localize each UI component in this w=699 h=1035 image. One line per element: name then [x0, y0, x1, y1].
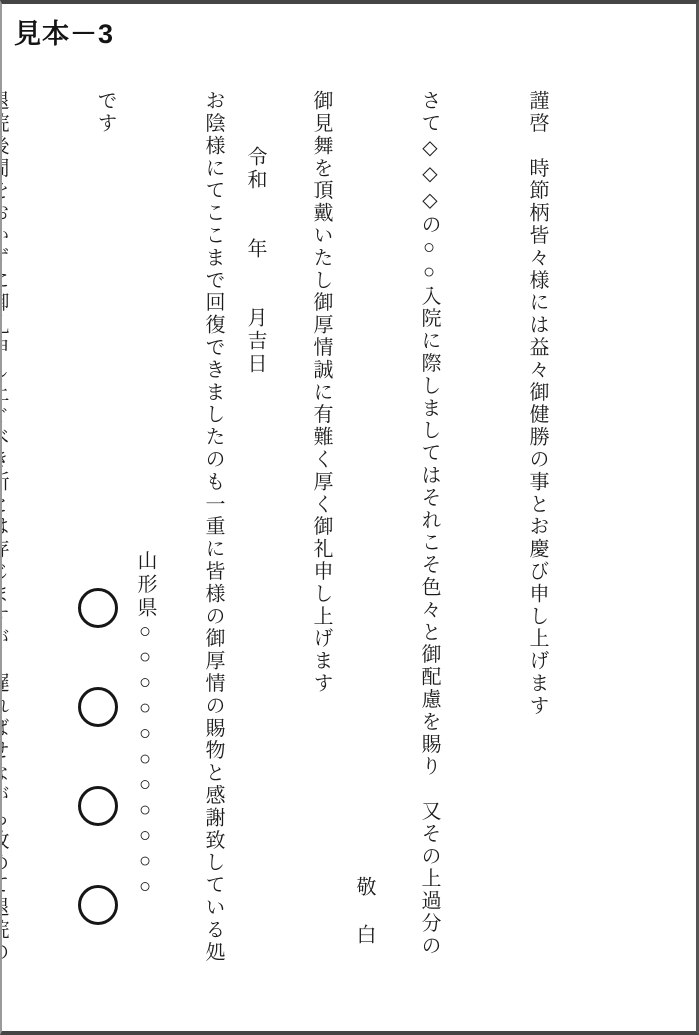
name-placeholder-circle [78, 786, 118, 826]
letter-body: 謹啓 時節柄皆々様には益々御健勝の事とお慶び申し上げます さて◇◇◇の○○入院に… [339, 90, 627, 975]
sender-address: 山形県○○○○○○○○○○○ [133, 550, 163, 901]
sample-title: 見本－3 [14, 12, 114, 51]
letter-column-4: お陰様にてここまで回復できましたのも一重に皆様の御厚情の賜物と感謝致している処 [195, 90, 231, 975]
letter-column-opening: 謹啓 時節柄皆々様には益々御健勝の事とお慶び申し上げます [519, 90, 555, 975]
closing-keihaku: 敬 白 [352, 876, 382, 948]
name-placeholder-circle [78, 687, 118, 727]
letter-column-3: 御見舞を頂戴いたし御厚情誠に有難く厚く御礼申し上げます [303, 90, 339, 975]
name-placeholder-circle [78, 885, 118, 925]
letter-column-2: さて◇◇◇の○○入院に際しましてはそれこそ色々と御配慮を賜り 又その上過分の [411, 90, 447, 975]
sender-name-placeholder [78, 588, 118, 925]
letter-sample-page: 見本－3 謹啓 時節柄皆々様には益々御健勝の事とお慶び申し上げます さて◇◇◇の… [0, 0, 699, 1035]
letter-column-6: 退院後間をおかずに御礼申し上ぐべき所とは存じますが 遅ればせながら改めて退院の [0, 90, 15, 975]
name-placeholder-circle [78, 588, 118, 628]
date-line: 令和 年 月吉日 [243, 146, 273, 376]
